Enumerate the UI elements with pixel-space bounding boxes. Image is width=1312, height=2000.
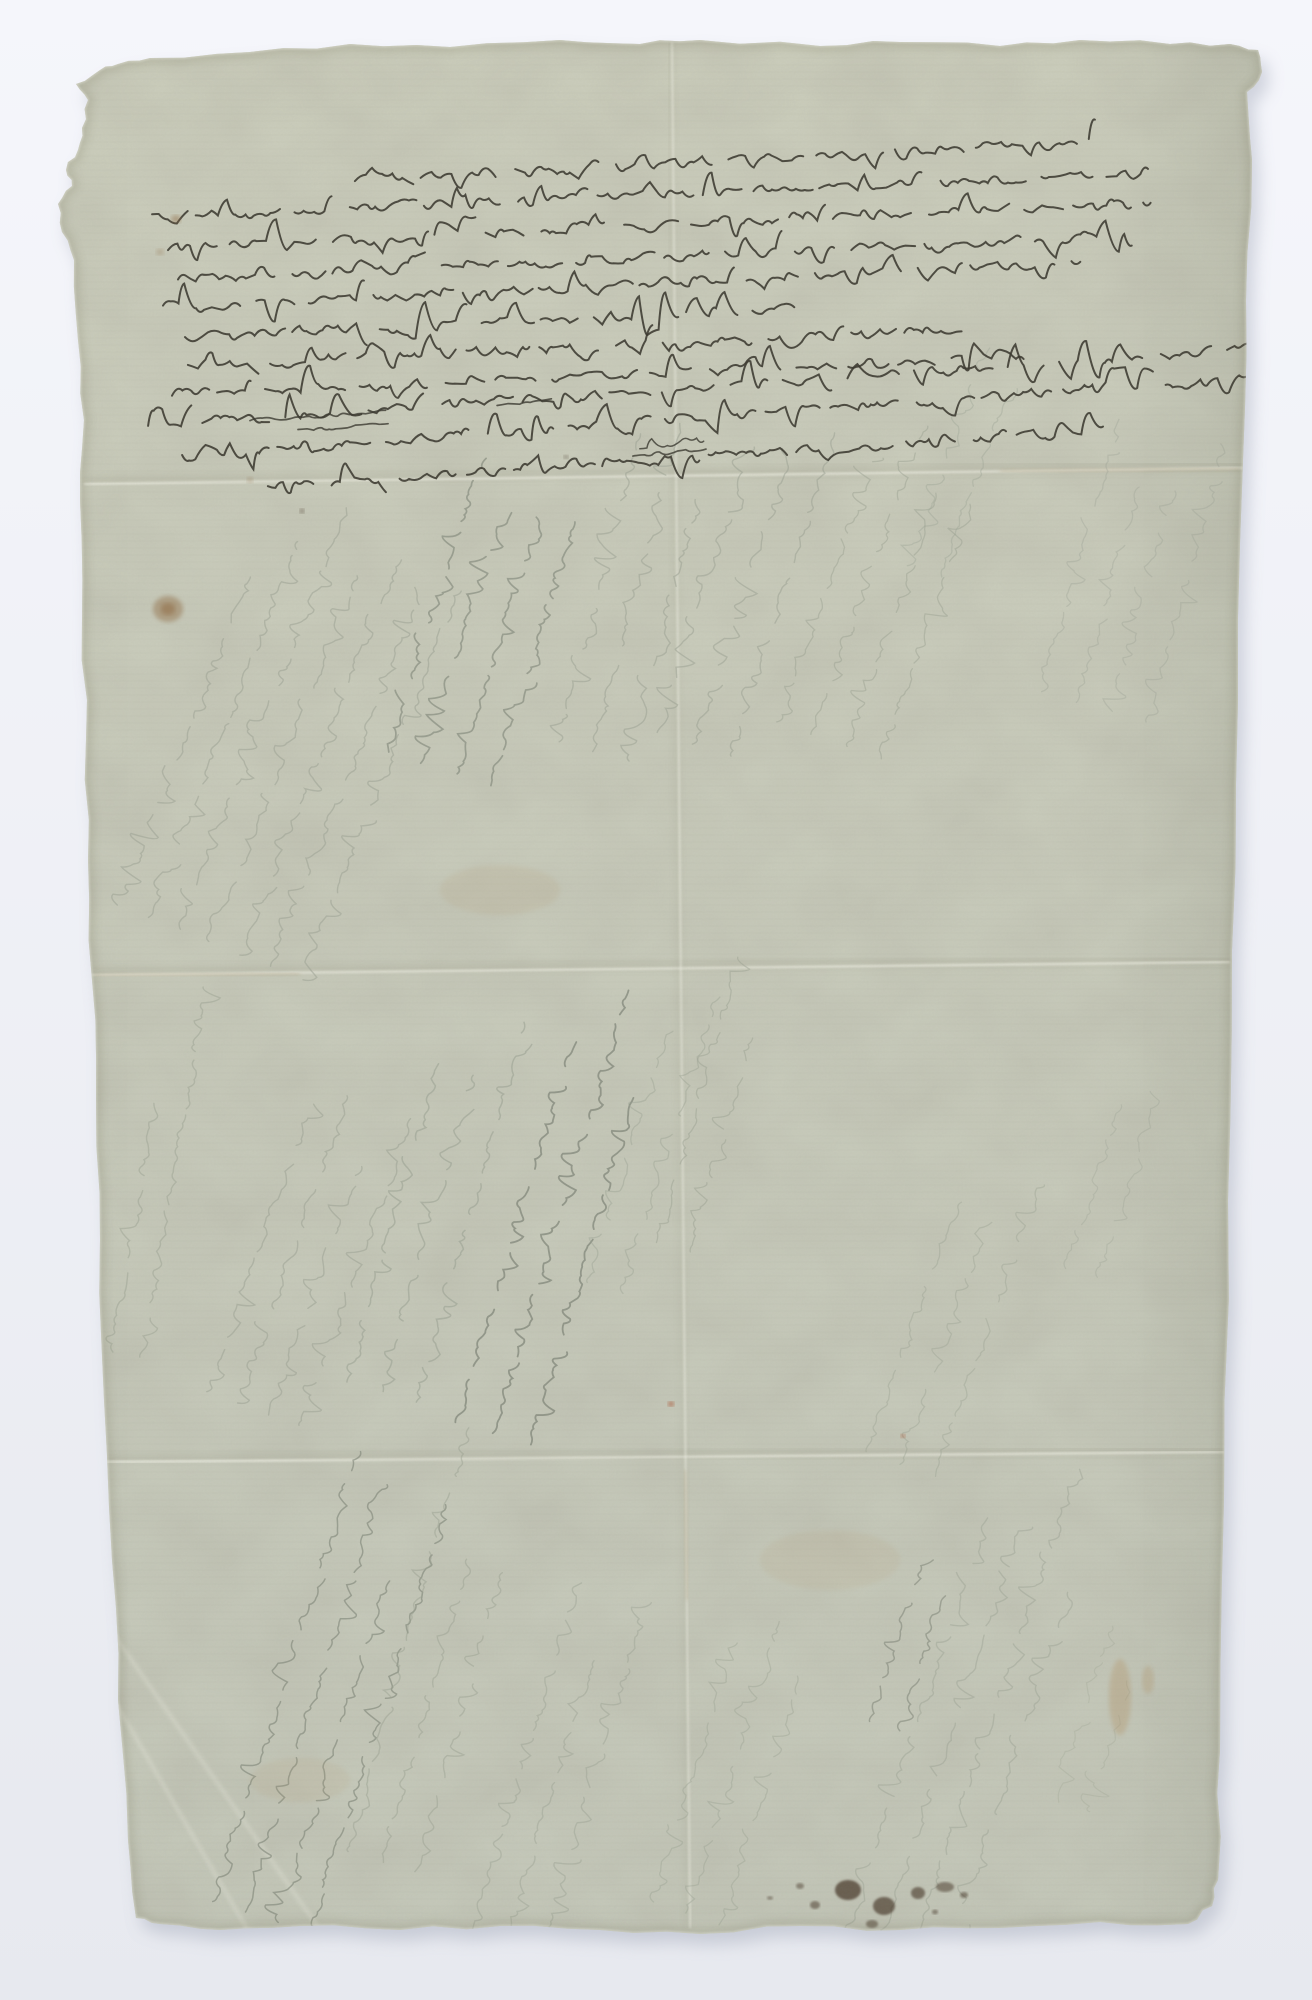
manuscript-scan [0, 0, 1312, 2000]
paper-surface [58, 30, 1270, 1963]
paper-grain [60, 30, 1270, 1945]
manuscript-photo [0, 0, 1312, 2000]
